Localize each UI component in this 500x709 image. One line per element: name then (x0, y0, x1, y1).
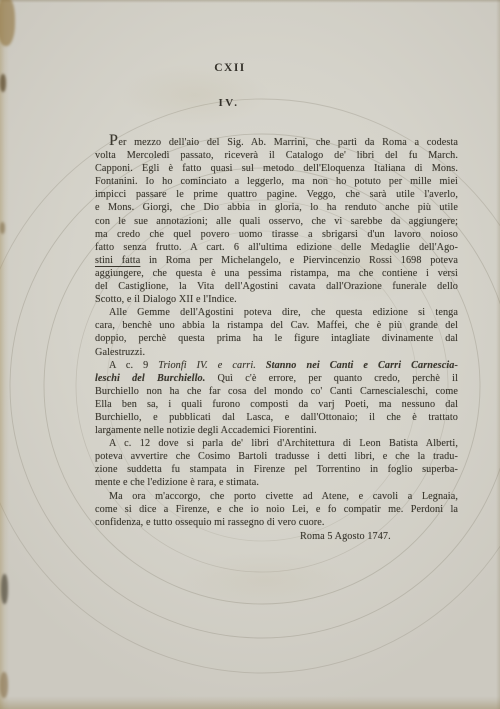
text-line: del Castiglione, la Vita dell'Agostini c… (95, 280, 458, 293)
text-line: Alle Gemme dell'Agostini poteva dire, ch… (95, 306, 458, 319)
page-number: CXII (0, 62, 480, 74)
text-line: Burchiello non ha che far cosa del mondo… (95, 385, 458, 398)
paper-stain (180, 552, 350, 608)
text-line: largamente nelle notizie degli Accademic… (95, 424, 458, 437)
text-line: Scotto, e il Dialogo XII e l'Indice. (95, 293, 458, 306)
text-line: zione suddetta fu stampata in Firenze pe… (95, 463, 458, 476)
text-line: mente e che l'edizione è rara, e stimata… (95, 476, 458, 489)
drop-cap: P (109, 132, 118, 149)
text-line: come si dice a Firenze, e che io noio Le… (95, 503, 458, 516)
text-line: A c. 9 Trionfi IV. e carri. Stanno nei C… (95, 359, 458, 372)
text-line: fatto senza frutto. A cart. 6 all'ultima… (95, 241, 458, 254)
paragraph: A c. 9 Trionfi IV. e carri. Stanno nei C… (95, 359, 458, 438)
page-edge-bottom (0, 696, 500, 709)
foxing-spot (0, 74, 6, 92)
text-line: Per mezzo dell'aio del Sig. Ab. Marrini,… (95, 134, 458, 149)
paragraph: A c. 12 dove si parla de' libri d'Archit… (95, 437, 458, 489)
text-line: A c. 12 dove si parla de' libri d'Archit… (95, 437, 458, 450)
text-line: confidenza, e tutto ossequio mi rassegno… (95, 516, 458, 529)
text-line: con le sue annotazioni; alle quali osser… (95, 215, 458, 228)
paragraph: Per mezzo dell'aio del Sig. Ab. Marrini,… (95, 134, 458, 306)
text-line: cara, benchè uno abbia la ristampa del C… (95, 319, 458, 332)
paragraph: Ma ora m'accorgo, che porto civette ad A… (95, 490, 458, 529)
foxing-spot (0, 222, 5, 234)
text-line: Burchiello, e pubblicati dal Lasca, e da… (95, 411, 458, 424)
text-line: Ma ora m'accorgo, che porto civette ad A… (95, 490, 458, 503)
text-line: impicci passare le prime quattro pagine.… (95, 188, 458, 201)
page-edge-top (0, 0, 500, 3)
text-line: Capponi. Egli è fatto quasi sul metodo d… (95, 162, 458, 175)
date-line: Roma 5 Agosto 1747. (300, 530, 458, 543)
page-edge-right (496, 0, 500, 709)
text-line: leschi del Burchiello. Quì c'è errore, p… (95, 372, 458, 385)
paragraph: Alle Gemme dell'Agostini poteva dire, ch… (95, 306, 458, 358)
foxing-spot (0, 0, 15, 46)
text-line: Fontanini. Io ho cominciato a leggerlo, … (95, 175, 458, 188)
foxing-spot (0, 672, 8, 698)
text-line: aggiungere, che questa è una pessima ris… (95, 267, 458, 280)
text-line: doppio, perchè questa prima ha le figure… (95, 332, 458, 345)
text-line: poteva avvertire che Cosimo Bartoli trad… (95, 450, 458, 463)
text-line: ma credo che quel povero uomo tirasse a … (95, 228, 458, 241)
scanned-book-page: CXII IV. Per mezzo dell'aio del Sig. Ab.… (0, 0, 500, 709)
text-line: Galestruzzi. (95, 346, 458, 359)
letter-body: Per mezzo dell'aio del Sig. Ab. Marrini,… (95, 134, 458, 543)
foxing-spot (1, 574, 8, 604)
text-line: Ella ben sa, i quali furono composti da … (95, 398, 458, 411)
section-number: IV. (0, 97, 479, 109)
text-line: e Mons. Giorgi, che Dio abbia in gloria,… (95, 201, 458, 214)
text-line: stini fatta in Roma per Michelangelo, e … (95, 254, 458, 267)
text-line: volta Mercoledì passato, riceverà il Cat… (95, 149, 458, 162)
